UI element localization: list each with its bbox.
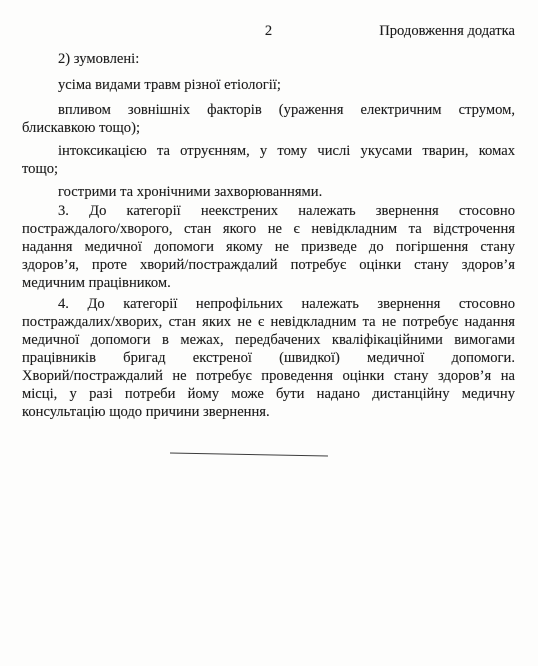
text-line: інтоксикацією та отруєнням, у тому числі… [22,142,515,160]
paragraph-diseases: гострими та хронічними захворюваннями. [22,183,515,201]
paragraph-injuries: усіма видами травм різної етіології; [22,76,515,94]
paragraph-list-item-2: 2) зумовлені: [22,50,515,68]
text-line: місці, у разі потреби йому може бути над… [22,385,515,403]
text-line: гострими та хронічними захворюваннями. [22,183,515,201]
header-continuation-note: Продовження додатка [379,22,515,40]
document-page: 2 Продовження додатка 2) зумовлені: усім… [0,0,538,666]
text-line: працівників бригад екстреної (швидкої) м… [22,349,515,367]
separator-line [170,452,328,456]
text-line: надання медичної допомоги якому не призв… [22,238,515,256]
text-line: усіма видами травм різної етіології; [22,76,515,94]
text-line: здоров’я, проте хворий/постраждалий потр… [22,256,515,274]
paragraph-intoxication: інтоксикацією та отруєнням, у тому числі… [22,142,515,178]
text-line: 4. До категорії непрофільних належать зв… [22,295,515,313]
page-header: 2 Продовження додатка [22,22,515,40]
text-line: постраждалих/хворих, стан яких не є неві… [22,313,515,331]
text-line: впливом зовнішніх факторів (ураження еле… [22,101,515,119]
text-line: Хворий/постраждалий не потребує проведен… [22,367,515,385]
paragraph-external-factors: впливом зовнішніх факторів (ураження еле… [22,101,515,137]
paragraph-item-4-non-core: 4. До категорії непрофільних належать зв… [22,295,515,421]
text-line: медичної допомоги в межах, передбачених … [22,331,515,349]
text-line: медичним працівником. [22,274,515,292]
text-line: постраждалого/хворого, стан якого не є н… [22,220,515,238]
text-line: 2) зумовлені: [22,50,515,68]
text-line: консультацію щодо причини звернення. [22,403,515,421]
paragraph-item-3-non-urgent: 3. До категорії неекстрених належать зве… [22,202,515,292]
text-line: тощо; [22,160,515,178]
text-line: 3. До категорії неекстрених належать зве… [22,202,515,220]
text-line: блискавкою тощо); [22,119,515,137]
